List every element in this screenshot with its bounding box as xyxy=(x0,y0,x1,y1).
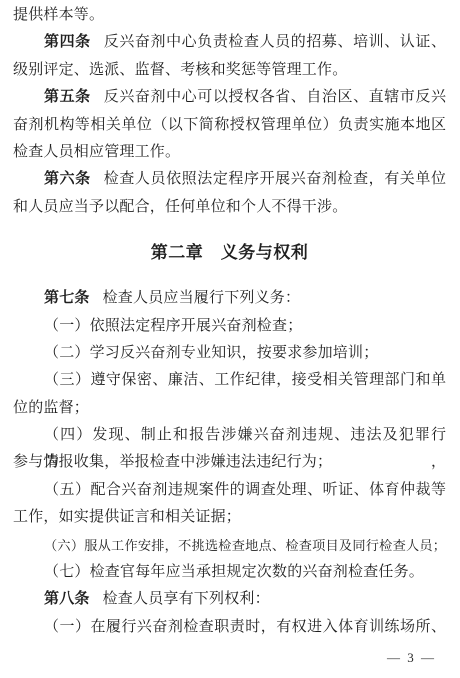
line-text: 检查人员依照法定程序开展兴奋剂检查，有关单位 xyxy=(104,171,446,187)
article-number: 第八条 xyxy=(44,591,90,607)
line-text: （一）在履行兴奋剂检查职责时，有权进入体育训练场所、 xyxy=(44,619,446,635)
text-line: （五）配合兴奋剂违规案件的调查处理、听证、体育仲裁等 xyxy=(13,477,446,504)
line-text: （一）依照法定程序开展兴奋剂检查； xyxy=(44,318,302,334)
text-line: （三）遵守保密、廉洁、工作纪律，接受相关管理部门和单 xyxy=(13,367,446,394)
text-line: （四）发现、制止和报告涉嫌兴奋剂违规、违法及犯罪行为， xyxy=(13,422,446,449)
section-after-chapter: 第七条检查人员应当履行下列义务：（一）依照法定程序开展兴奋剂检查；（二）学习反兴… xyxy=(13,285,446,641)
text-line: 工作，如实提供证言和相关证据； xyxy=(13,504,446,531)
article-number: 第七条 xyxy=(44,290,90,306)
article-number: 第五条 xyxy=(44,89,91,105)
line-text: 检查人员享有下列权利： xyxy=(103,591,270,607)
text-line: 提供样本等。 xyxy=(13,2,446,29)
line-text: 奋剂机构等相关单位（以下简称授权管理单位）负责实施本地区 xyxy=(13,117,446,133)
text-line: 第四条反兴奋剂中心负责检查人员的招募、培训、认证、 xyxy=(13,29,446,56)
line-text: （二）学习反兴奋剂专业知识，按要求参加培训； xyxy=(44,345,378,361)
line-text: 和人员应当予以配合，任何单位和个人不得干涉。 xyxy=(13,199,347,215)
text-line: 第七条检查人员应当履行下列义务： xyxy=(13,285,446,312)
article-number: 第六条 xyxy=(44,171,91,187)
line-text: （七）检查官每年应当承担规定次数的兴奋剂检查任务。 xyxy=(44,564,424,580)
text-line: 第五条反兴奋剂中心可以授权各省、自治区、直辖市反兴 xyxy=(13,84,446,111)
text-line: （一）依照法定程序开展兴奋剂检查； xyxy=(13,313,446,340)
line-text: 级别评定、选派、监督、考核和奖惩等管理工作。 xyxy=(13,62,347,78)
text-line: 奋剂机构等相关单位（以下简称授权管理单位）负责实施本地区 xyxy=(13,112,446,139)
text-line: 和人员应当予以配合，任何单位和个人不得干涉。 xyxy=(13,194,446,221)
line-text: 提供样本等。 xyxy=(13,7,104,23)
text-line: （一）在履行兴奋剂检查职责时，有权进入体育训练场所、 xyxy=(13,614,446,641)
article-number: 第四条 xyxy=(44,34,91,50)
line-text: 参与情报收集，举报检查中涉嫌违法违纪行为； xyxy=(13,454,332,470)
line-text: 工作，如实提供证言和相关证据； xyxy=(13,509,241,525)
text-line: 第八条检查人员享有下列权利： xyxy=(13,586,446,613)
text-line: 检查人员相应管理工作。 xyxy=(13,139,446,166)
text-line: （七）检查官每年应当承担规定次数的兴奋剂检查任务。 xyxy=(13,559,446,586)
line-text: 位的监督； xyxy=(13,400,89,416)
text-line: 级别评定、选派、监督、考核和奖惩等管理工作。 xyxy=(13,57,446,84)
text-line: （二）学习反兴奋剂专业知识，按要求参加培训； xyxy=(13,340,446,367)
text-line: （六）服从工作安排，不挑选检查地点、检查项目及同行检查人员； xyxy=(13,532,446,559)
line-text: （六）服从工作安排，不挑选检查地点、检查项目及同行检查人员； xyxy=(44,538,446,553)
chapter-heading: 第二章 义务与权利 xyxy=(13,239,446,267)
document-page: 提供样本等。第四条反兴奋剂中心负责检查人员的招募、培训、认证、级别评定、选派、监… xyxy=(0,0,460,678)
text-line: 第六条检查人员依照法定程序开展兴奋剂检查，有关单位 xyxy=(13,166,446,193)
line-text: 反兴奋剂中心可以授权各省、自治区、直辖市反兴 xyxy=(104,89,446,105)
line-text: 反兴奋剂中心负责检查人员的招募、培训、认证、 xyxy=(104,34,446,50)
line-text: 检查人员应当履行下列义务： xyxy=(103,290,301,306)
document-content: 提供样本等。第四条反兴奋剂中心负责检查人员的招募、培训、认证、级别评定、选派、监… xyxy=(13,2,446,641)
line-text: 检查人员相应管理工作。 xyxy=(13,144,180,160)
text-line: 位的监督； xyxy=(13,395,446,422)
section-before-chapter: 提供样本等。第四条反兴奋剂中心负责检查人员的招募、培训、认证、级别评定、选派、监… xyxy=(13,2,446,221)
line-text: （三）遵守保密、廉洁、工作纪律，接受相关管理部门和单 xyxy=(44,372,446,388)
page-number: — 3 — xyxy=(387,650,436,666)
line-text: （五）配合兴奋剂违规案件的调查处理、听证、体育仲裁等 xyxy=(44,482,446,498)
